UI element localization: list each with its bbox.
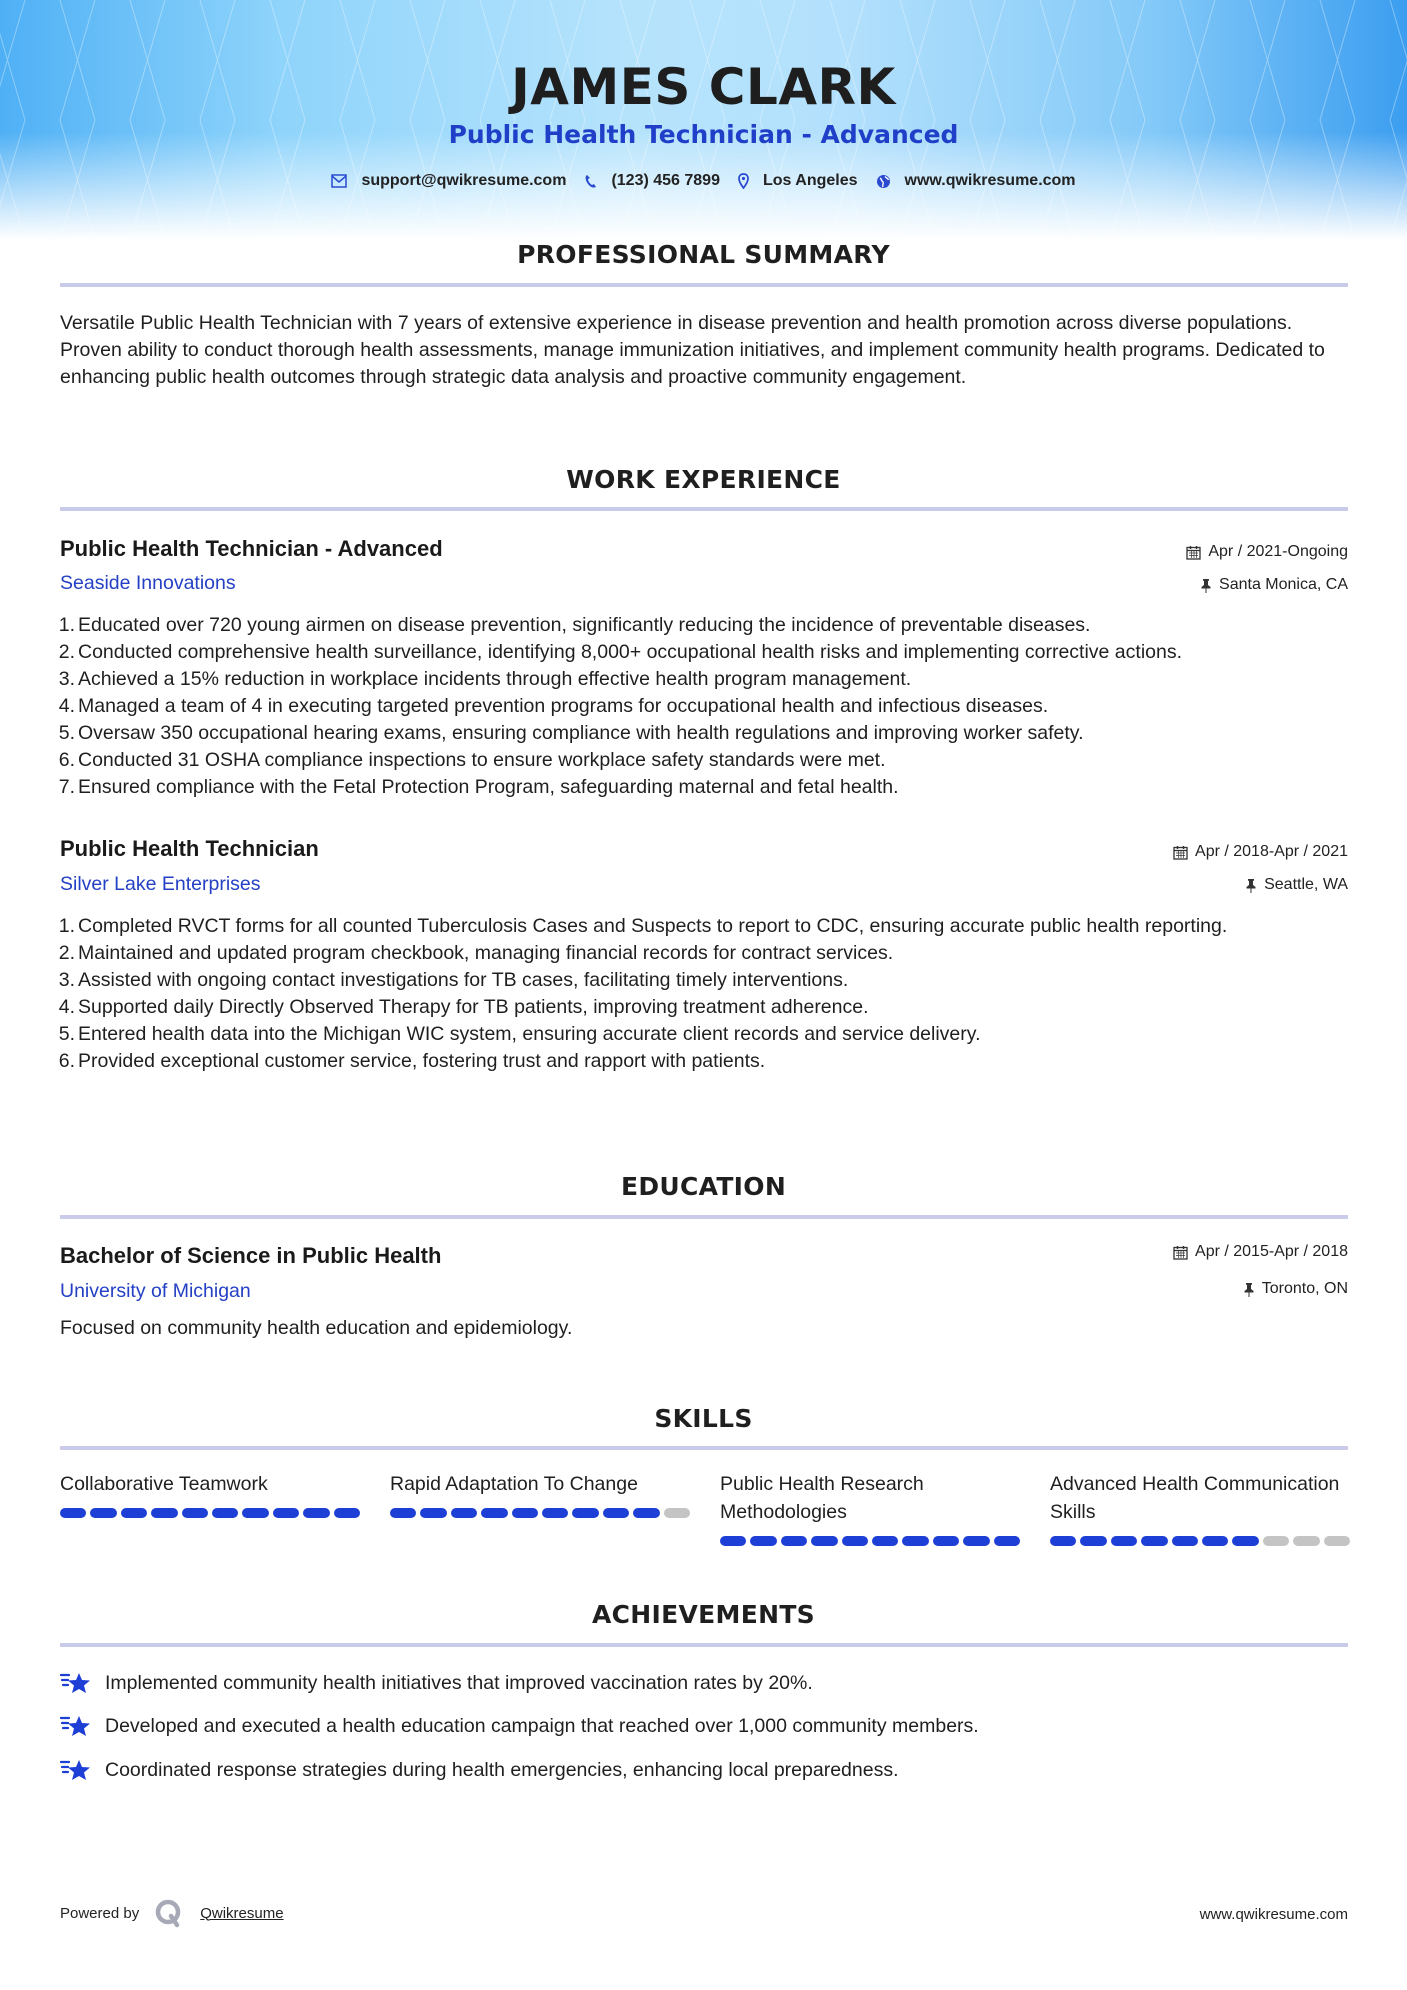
skill-segment-filled bbox=[60, 1508, 86, 1518]
job-title: Public Health Technician - Advanced bbox=[60, 536, 443, 562]
section-title-education: EDUCATION bbox=[0, 1172, 1407, 1201]
bullet-item: 2.Maintained and updated program checkbo… bbox=[60, 940, 1350, 967]
map-pin-icon bbox=[738, 173, 749, 189]
job-location: Seattle, WA bbox=[1245, 876, 1348, 894]
skill-segment-filled bbox=[390, 1508, 416, 1518]
job-bullets: 1.Educated over 720 young airmen on dise… bbox=[60, 612, 1350, 801]
location-text: Los Angeles bbox=[763, 172, 858, 190]
calendar-icon bbox=[1173, 845, 1188, 860]
skill-item: Collaborative Teamwork bbox=[60, 1470, 360, 1546]
education-description: Focused on community health education an… bbox=[60, 1315, 1350, 1342]
skill-segment-empty bbox=[1324, 1536, 1350, 1546]
achievement-text: Developed and executed a health educatio… bbox=[105, 1715, 979, 1738]
bullet-number: 3. bbox=[53, 666, 75, 693]
skill-segment-filled bbox=[273, 1508, 299, 1518]
education-dates-text: Apr / 2015-Apr / 2018 bbox=[1195, 1243, 1348, 1261]
skill-segment-filled bbox=[1232, 1536, 1258, 1546]
achievement-text: Coordinated response strategies during h… bbox=[105, 1759, 899, 1782]
contact-bar: support@qwikresume.com (123) 456 7899 Lo… bbox=[0, 172, 1407, 190]
bullet-text: Oversaw 350 occupational hearing exams, … bbox=[78, 722, 1084, 744]
bullet-number: 5. bbox=[53, 1021, 75, 1048]
skill-item: Public Health Research Methodologies bbox=[720, 1470, 1020, 1546]
section-divider bbox=[60, 1643, 1348, 1647]
skill-segment-filled bbox=[633, 1508, 659, 1518]
skill-segment-filled bbox=[1050, 1536, 1076, 1546]
calendar-icon bbox=[1173, 1245, 1188, 1260]
skill-name: Advanced Health Communication Skills bbox=[1050, 1470, 1350, 1526]
skill-segment-filled bbox=[151, 1508, 177, 1518]
job-title: Public Health Technician bbox=[60, 836, 319, 862]
summary-text: Versatile Public Health Technician with … bbox=[60, 310, 1350, 391]
degree-title: Bachelor of Science in Public Health bbox=[60, 1243, 441, 1269]
bullet-number: 7. bbox=[53, 774, 75, 801]
skill-segment-filled bbox=[542, 1508, 568, 1518]
skill-segment-filled bbox=[451, 1508, 477, 1518]
skills-grid: Collaborative Teamwork Rapid Adaptation … bbox=[60, 1470, 1350, 1546]
skill-item: Rapid Adaptation To Change bbox=[390, 1470, 690, 1546]
bullet-text: Completed RVCT forms for all counted Tub… bbox=[78, 915, 1227, 937]
section-divider bbox=[60, 1215, 1348, 1219]
education-dates: Apr / 2015-Apr / 2018 bbox=[1173, 1243, 1348, 1261]
skill-segment-filled bbox=[90, 1508, 116, 1518]
bullet-number: 3. bbox=[53, 967, 75, 994]
skill-segment-filled bbox=[212, 1508, 238, 1518]
bullet-text: Maintained and updated program checkbook… bbox=[78, 942, 893, 964]
skill-level-bar bbox=[390, 1508, 690, 1518]
company-name: Seaside Innovations bbox=[60, 572, 236, 595]
phone-icon bbox=[584, 174, 597, 189]
job-bullets: 1.Completed RVCT forms for all counted T… bbox=[60, 913, 1350, 1075]
education-location: Toronto, ON bbox=[1243, 1280, 1348, 1298]
skill-item: Advanced Health Communication Skills bbox=[1050, 1470, 1350, 1546]
section-divider bbox=[60, 283, 1348, 287]
bullet-text: Educated over 720 young airmen on diseas… bbox=[78, 614, 1090, 636]
skill-segment-filled bbox=[121, 1508, 147, 1518]
bullet-item: 1.Completed RVCT forms for all counted T… bbox=[60, 913, 1350, 940]
calendar-icon bbox=[1186, 545, 1201, 560]
bullet-number: 4. bbox=[53, 994, 75, 1021]
skill-segment-filled bbox=[303, 1508, 329, 1518]
job-dates: Apr / 2018-Apr / 2021 bbox=[1173, 843, 1348, 861]
skill-segment-filled bbox=[750, 1536, 776, 1546]
skill-name: Collaborative Teamwork bbox=[60, 1470, 360, 1498]
job-location-text: Seattle, WA bbox=[1264, 876, 1348, 894]
section-title-skills: SKILLS bbox=[0, 1404, 1407, 1433]
bullet-text: Entered health data into the Michigan WI… bbox=[78, 1023, 981, 1045]
skill-segment-filled bbox=[334, 1508, 360, 1518]
section-divider bbox=[60, 1446, 1348, 1450]
skill-segment-filled bbox=[720, 1536, 746, 1546]
bullet-text: Managed a team of 4 in executing targete… bbox=[78, 695, 1048, 717]
bullet-number: 1. bbox=[53, 913, 75, 940]
section-title-summary: PROFESSIONAL SUMMARY bbox=[0, 240, 1407, 269]
skill-segment-empty bbox=[1293, 1536, 1319, 1546]
skill-segment-filled bbox=[842, 1536, 868, 1546]
skill-segment-filled bbox=[963, 1536, 989, 1546]
achievement-item: Developed and executed a health educatio… bbox=[60, 1713, 979, 1739]
skill-segment-filled bbox=[512, 1508, 538, 1518]
shooting-star-icon bbox=[60, 1713, 92, 1739]
skill-segment-filled bbox=[242, 1508, 268, 1518]
bullet-text: Supported daily Directly Observed Therap… bbox=[78, 996, 869, 1018]
job-dates-text: Apr / 2018-Apr / 2021 bbox=[1195, 843, 1348, 861]
skill-segment-filled bbox=[1172, 1536, 1198, 1546]
achievement-item: Implemented community health initiatives… bbox=[60, 1670, 813, 1696]
skill-segment-filled bbox=[1202, 1536, 1228, 1546]
contact-phone[interactable]: (123) 456 7899 bbox=[584, 172, 720, 190]
envelope-icon bbox=[331, 174, 347, 188]
bullet-number: 6. bbox=[53, 1048, 75, 1075]
candidate-name: JAMES CLARK bbox=[0, 58, 1407, 116]
bullet-item: 3.Assisted with ongoing contact investig… bbox=[60, 967, 1350, 994]
bullet-item: 7.Ensured compliance with the Fetal Prot… bbox=[60, 774, 1350, 801]
skill-segment-filled bbox=[1141, 1536, 1167, 1546]
bullet-text: Achieved a 15% reduction in workplace in… bbox=[78, 668, 911, 690]
skill-segment-filled bbox=[902, 1536, 928, 1546]
job-dates: Apr / 2021-Ongoing bbox=[1186, 543, 1348, 561]
bullet-number: 2. bbox=[53, 940, 75, 967]
candidate-role: Public Health Technician - Advanced bbox=[0, 120, 1407, 149]
section-title-achievements: ACHIEVEMENTS bbox=[0, 1600, 1407, 1629]
bullet-item: 4.Managed a team of 4 in executing targe… bbox=[60, 693, 1350, 720]
bullet-text: Ensured compliance with the Fetal Protec… bbox=[78, 776, 899, 798]
skill-segment-filled bbox=[872, 1536, 898, 1546]
education-location-text: Toronto, ON bbox=[1262, 1280, 1348, 1298]
bullet-item: 6.Conducted 31 OSHA compliance inspectio… bbox=[60, 747, 1350, 774]
bullet-item: 5.Oversaw 350 occupational hearing exams… bbox=[60, 720, 1350, 747]
email-text: support@qwikresume.com bbox=[361, 172, 566, 190]
footer-powered-by: Powered by Qwikresume bbox=[60, 1898, 284, 1928]
skill-segment-filled bbox=[481, 1508, 507, 1518]
pushpin-icon bbox=[1200, 578, 1212, 593]
bullet-item: 1.Educated over 720 young airmen on dise… bbox=[60, 612, 1350, 639]
skill-segment-filled bbox=[994, 1536, 1020, 1546]
pushpin-icon bbox=[1243, 1282, 1255, 1297]
skill-name: Rapid Adaptation To Change bbox=[390, 1470, 690, 1498]
skill-segment-filled bbox=[811, 1536, 837, 1546]
skill-segment-filled bbox=[603, 1508, 629, 1518]
skill-segment-filled bbox=[572, 1508, 598, 1518]
bullet-item: 3.Achieved a 15% reduction in workplace … bbox=[60, 666, 1350, 693]
phone-text: (123) 456 7899 bbox=[611, 172, 720, 190]
skill-segment-empty bbox=[1263, 1536, 1289, 1546]
section-title-experience: WORK EXPERIENCE bbox=[0, 465, 1407, 494]
pushpin-icon bbox=[1245, 878, 1257, 893]
powered-by-label: Powered by bbox=[60, 1905, 139, 1922]
school-name: University of Michigan bbox=[60, 1280, 251, 1303]
bullet-number: 1. bbox=[53, 612, 75, 639]
website-text: www.qwikresume.com bbox=[905, 172, 1076, 190]
footer-website[interactable]: www.qwikresume.com bbox=[1200, 1906, 1348, 1923]
bullet-text: Provided exceptional customer service, f… bbox=[78, 1050, 765, 1072]
bullet-number: 5. bbox=[53, 720, 75, 747]
shooting-star-icon bbox=[60, 1757, 92, 1783]
contact-website[interactable]: www.qwikresume.com bbox=[876, 172, 1076, 190]
bullet-item: 2.Conducted comprehensive health surveil… bbox=[60, 639, 1350, 666]
section-divider bbox=[60, 507, 1348, 511]
job-dates-text: Apr / 2021-Ongoing bbox=[1208, 543, 1348, 561]
qwikresume-link[interactable]: Qwikresume bbox=[200, 1905, 283, 1922]
bullet-item: 6.Provided exceptional customer service,… bbox=[60, 1048, 1350, 1075]
skill-level-bar bbox=[60, 1508, 360, 1518]
skill-segment-filled bbox=[1111, 1536, 1137, 1546]
bullet-item: 5.Entered health data into the Michigan … bbox=[60, 1021, 1350, 1048]
bullet-text: Conducted comprehensive health surveilla… bbox=[78, 641, 1182, 663]
skill-segment-filled bbox=[1080, 1536, 1106, 1546]
skill-segment-filled bbox=[781, 1536, 807, 1546]
skill-level-bar bbox=[720, 1536, 1020, 1546]
bullet-text: Conducted 31 OSHA compliance inspections… bbox=[78, 749, 886, 771]
skill-level-bar bbox=[1050, 1536, 1350, 1546]
skill-segment-filled bbox=[933, 1536, 959, 1546]
qwikresume-logo-icon bbox=[154, 1898, 184, 1928]
company-name: Silver Lake Enterprises bbox=[60, 873, 261, 896]
bullet-number: 6. bbox=[53, 747, 75, 774]
bullet-number: 4. bbox=[53, 693, 75, 720]
skill-segment-filled bbox=[420, 1508, 446, 1518]
achievement-text: Implemented community health initiatives… bbox=[105, 1672, 813, 1695]
bullet-number: 2. bbox=[53, 639, 75, 666]
job-location: Santa Monica, CA bbox=[1200, 576, 1348, 594]
contact-location: Los Angeles bbox=[738, 172, 858, 190]
job-location-text: Santa Monica, CA bbox=[1219, 576, 1348, 594]
bullet-item: 4.Supported daily Directly Observed Ther… bbox=[60, 994, 1350, 1021]
achievement-item: Coordinated response strategies during h… bbox=[60, 1757, 899, 1783]
skill-segment-filled bbox=[182, 1508, 208, 1518]
skill-name: Public Health Research Methodologies bbox=[720, 1470, 1020, 1526]
bullet-text: Assisted with ongoing contact investigat… bbox=[78, 969, 848, 991]
skill-segment-empty bbox=[664, 1508, 690, 1518]
contact-email[interactable]: support@qwikresume.com bbox=[331, 172, 566, 190]
globe-icon bbox=[876, 174, 891, 189]
shooting-star-icon bbox=[60, 1670, 92, 1696]
